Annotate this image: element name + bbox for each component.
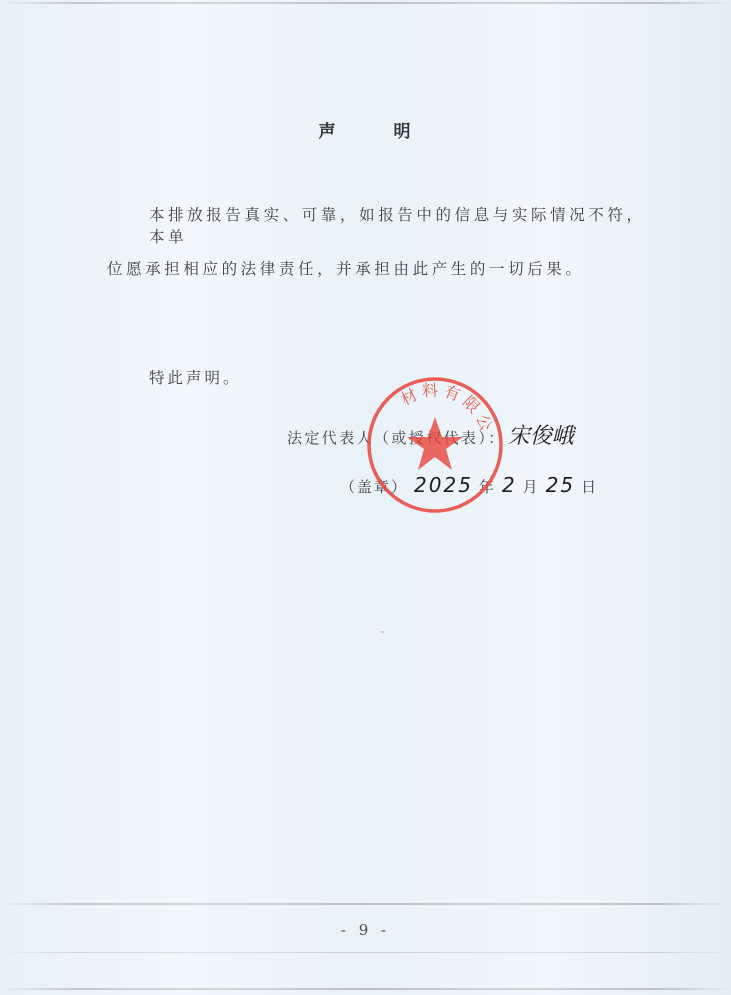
page-number: - 9 -: [0, 921, 731, 939]
day-unit: 日: [581, 478, 598, 496]
scan-speck: '': [380, 630, 384, 639]
star-icon: [407, 417, 463, 470]
month-unit: 月: [523, 478, 540, 496]
signature: 宋俊峨: [508, 424, 574, 449]
scan-artifact-top: [0, 2, 731, 4]
scan-artifact-bottom: [0, 988, 731, 990]
company-seal: 材料有限公司: [365, 375, 505, 515]
declaration-paragraph-line-2: 位愿承担相应的法律责任，并承担由此产生的一切后果。: [107, 257, 607, 279]
scan-artifact-upper-footer: [0, 903, 731, 905]
document-title: 声 明: [0, 117, 731, 142]
declaration-paragraph-line-1: 本排放报告真实、可靠，如报告中的信息与实际情况不符，本单: [149, 203, 649, 247]
scan-artifact-mid-footer: [0, 952, 731, 953]
closing-statement: 特此声明。: [149, 366, 242, 388]
date-day: 25: [540, 473, 581, 497]
